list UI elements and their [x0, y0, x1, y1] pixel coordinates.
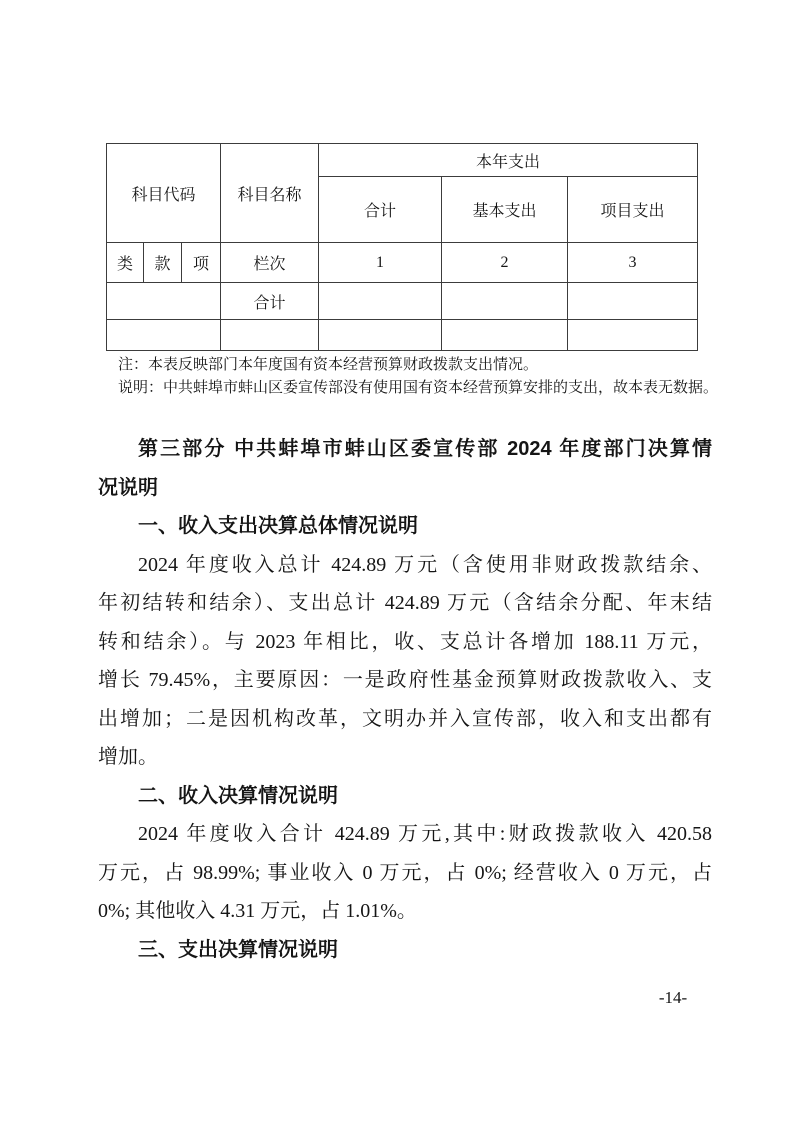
cell-basic [442, 320, 568, 351]
header-subject-code: 科目代码 [107, 144, 221, 243]
paragraph-2-line: 0%; 其他收入 4.31 万元，占 1.01%。 [98, 892, 712, 931]
table-notes: 注：本表反映部门本年度国有资本经营预算财政拨款支出情况。 说明：中共蚌埠市蚌山区… [118, 354, 718, 399]
table-row: 合计 [107, 283, 698, 320]
cell-name-total: 合计 [221, 283, 319, 320]
header-project-expenditure: 项目支出 [568, 177, 698, 243]
paragraph-2-line: 2024 年度收入合计 424.89 万元,其中:财政拨款收入 420.58 [98, 815, 712, 854]
header-class: 类 [107, 243, 144, 283]
table-row [107, 320, 698, 351]
header-current-year-expenditure: 本年支出 [319, 144, 698, 177]
header-item: 项 [182, 243, 221, 283]
paragraph-1-line: 转和结余）。与 2023 年相比，收、支总计各增加 188.11 万元， [98, 623, 712, 662]
header-column-label: 栏次 [221, 243, 319, 283]
cell-project [568, 283, 698, 320]
paragraph-2-line: 万元，占 98.99%; 事业收入 0 万元，占 0%; 经营收入 0 万元，占 [98, 854, 712, 893]
table-explanation-line: 说明：中共蚌埠市蚌山区委宣传部没有使用国有资本经营预算安排的支出，故本表无数据。 [118, 377, 718, 400]
cell-total [319, 320, 442, 351]
cell-name [221, 320, 319, 351]
cell-basic [442, 283, 568, 320]
cell-project [568, 320, 698, 351]
column-number-2: 2 [442, 243, 568, 283]
heading-income-statement: 二、收入决算情况说明 [98, 777, 712, 816]
column-number-1: 1 [319, 243, 442, 283]
document-page: 科目代码 科目名称 本年支出 合计 基本支出 项目支出 类 款 项 栏次 1 2… [0, 0, 793, 1122]
header-section: 款 [144, 243, 182, 283]
state-capital-budget-table: 科目代码 科目名称 本年支出 合计 基本支出 项目支出 类 款 项 栏次 1 2… [106, 143, 698, 351]
narrative-section: 第三部分 中共蚌埠市蚌山区委宣传部 2024 年度部门决算情 况说明 一、收入支… [98, 430, 712, 969]
paragraph-1-line: 增加。 [98, 738, 712, 777]
header-subject-name: 科目名称 [221, 144, 319, 243]
page-number: -14- [649, 988, 697, 1008]
cell-total [319, 283, 442, 320]
paragraph-1-line: 增长 79.45%，主要原因：一是政府性基金预算财政拨款收入、支 [98, 661, 712, 700]
heading-expenditure-statement: 三、支出决算情况说明 [98, 931, 712, 970]
table-note-line: 注：本表反映部门本年度国有资本经营预算财政拨款支出情况。 [118, 354, 718, 377]
column-number-3: 3 [568, 243, 698, 283]
heading-income-expenditure-overview: 一、收入支出决算总体情况说明 [98, 507, 712, 546]
paragraph-1-line: 出增加；二是因机构改革，文明办并入宣传部，收入和支出都有 [98, 700, 712, 739]
paragraph-1-line: 2024 年度收入总计 424.89 万元（含使用非财政拨款结余、 [98, 546, 712, 585]
header-basic-expenditure: 基本支出 [442, 177, 568, 243]
section-title-line-2: 况说明 [98, 469, 712, 508]
paragraph-1-line: 年初结转和结余）、支出总计 424.89 万元（含结余分配、年末结 [98, 584, 712, 623]
section-title-line-1: 第三部分 中共蚌埠市蚌山区委宣传部 2024 年度部门决算情 [98, 430, 712, 469]
header-total: 合计 [319, 177, 442, 243]
cell-code [107, 320, 221, 351]
cell-code [107, 283, 221, 320]
